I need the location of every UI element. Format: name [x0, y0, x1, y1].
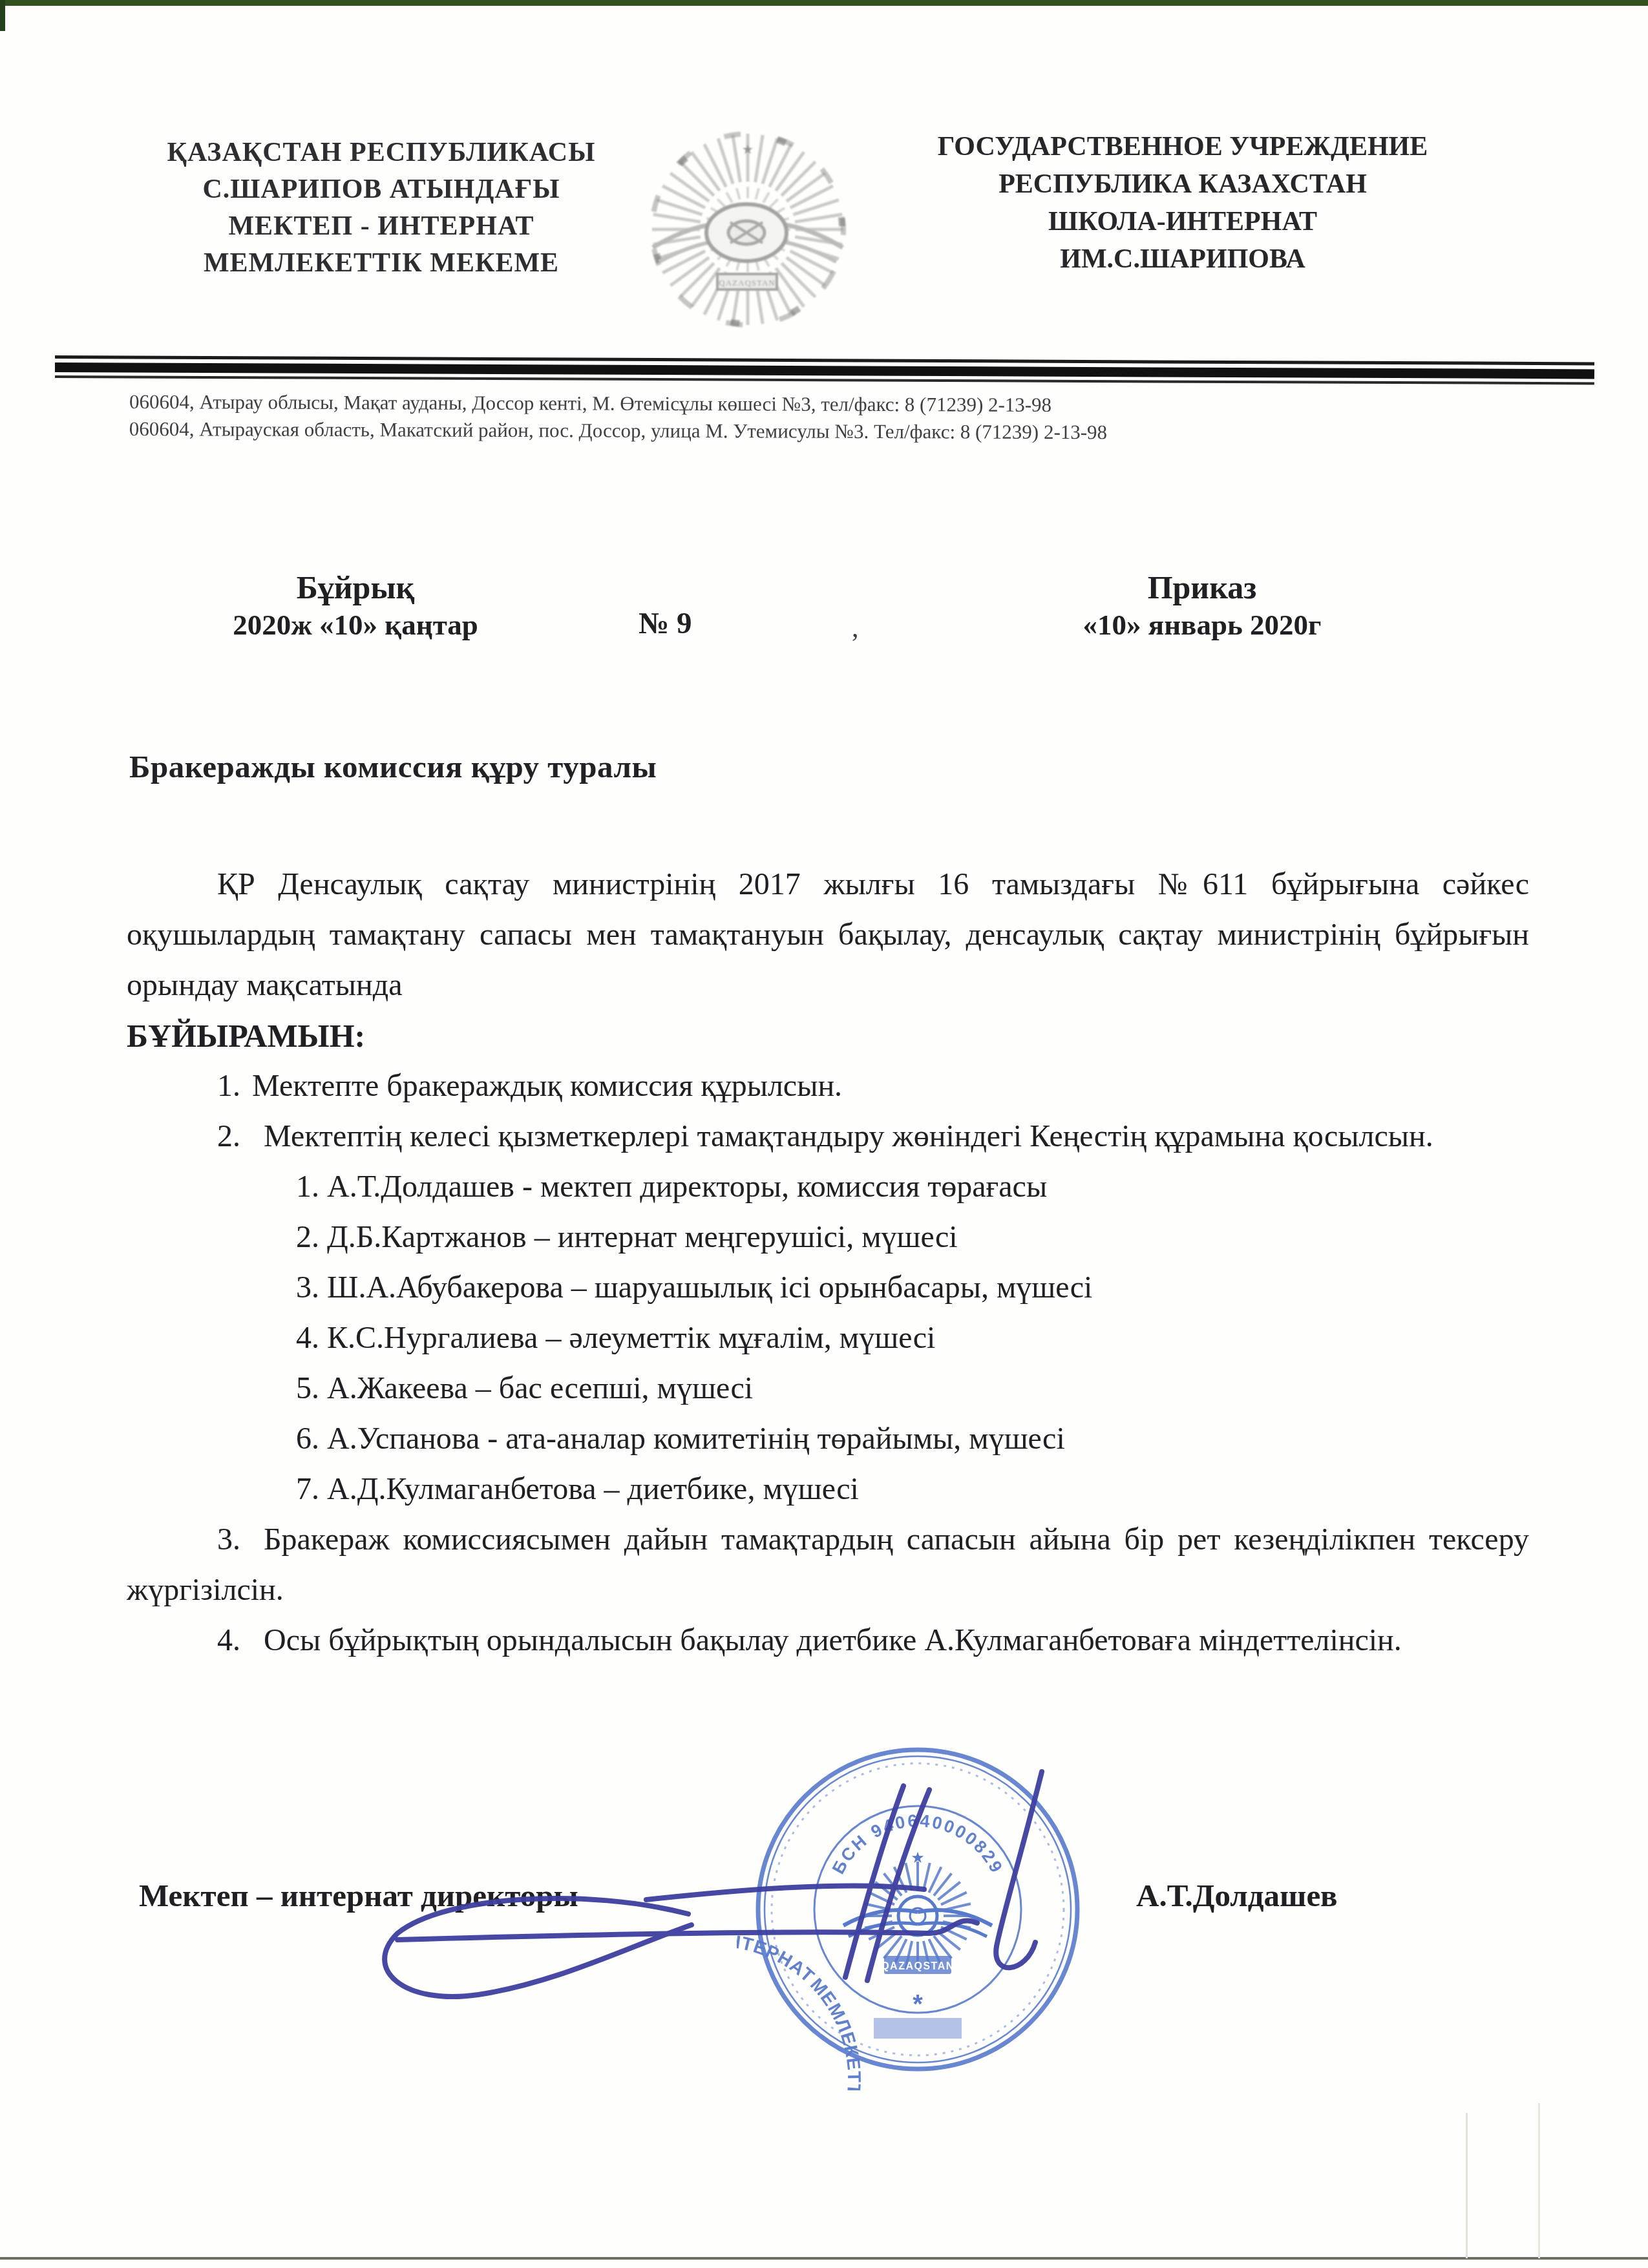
scanned-document-page: ҚАЗАҚСТАН РЕСПУБЛИКАСЫ С.ШАРИПОВ АТЫНДАҒ…: [0, 0, 1648, 2268]
org-name-line: ИМ.С.ШАРИПОВА: [860, 240, 1506, 278]
item-text: Мектептің келесі қызметкерлері тамақтанд…: [264, 1119, 1433, 1153]
scan-edge-top: [0, 0, 1648, 6]
member-item: 5. А.Жакеева – бас есепші, мүшесі: [296, 1363, 1529, 1414]
order-subject: Бракеражды комиссия құру туралы: [129, 748, 657, 785]
scan-edge-bottom: [0, 2257, 1648, 2260]
stray-mark: ,: [852, 613, 859, 644]
letterhead-russian: ГОСУДАРСТВЕННОЕ УЧРЕЖДЕНИЕ РЕСПУБЛИКА КА…: [860, 128, 1506, 278]
order-title-russian: Приказ: [950, 569, 1454, 606]
address-block: 060604, Атырау облысы, Мақат ауданы, Дос…: [129, 388, 1108, 446]
member-item: 6. А.Успанова - ата-аналар комитетінің т…: [296, 1414, 1529, 1464]
member-item: 4. К.С.Нургалиева – әлеуметтік мұғалім, …: [296, 1313, 1529, 1363]
org-name-line: РЕСПУБЛИКА КАЗАХСТАН: [860, 165, 1506, 203]
order-header-russian: Приказ «10» январь 2020г: [950, 569, 1454, 644]
emblem-banner-text: QAZAQSTAN: [719, 278, 775, 288]
order-item: 3.Бракераж комиссиясымен дайын тамақтард…: [127, 1515, 1529, 1615]
item-text: Бракераж комиссиясымен дайын тамақтардың…: [127, 1522, 1529, 1607]
item-number: 1.: [217, 1069, 240, 1103]
address-line-russian: 060604, Атырауская область, Макатский ра…: [129, 415, 1107, 446]
member-item: 2. Д.Б.Картжанов – интернат меңгерушісі,…: [296, 1212, 1529, 1263]
intro-paragraph: ҚР Денсаулық сақтау министрінің 2017 жыл…: [127, 859, 1529, 1011]
member-item: 1. А.Т.Долдашев - мектеп директоры, коми…: [296, 1162, 1529, 1212]
org-name-line: С.ШАРИПОВ АТЫНДАҒЫ: [110, 171, 653, 208]
order-header-kazakh: Бұйрық 2020ж «10» қаңтар: [90, 569, 620, 644]
letterhead-kazakh: ҚАЗАҚСТАН РЕСПУБЛИКАСЫ С.ШАРИПОВ АТЫНДАҒ…: [110, 134, 653, 282]
item-number: 3.: [217, 1522, 240, 1557]
paper-crease: [1538, 2103, 1540, 2258]
org-name-line: ҚАЗАҚСТАН РЕСПУБЛИКАСЫ: [110, 134, 653, 171]
handwritten-signature: [310, 1706, 1150, 2042]
address-line-kazakh: 060604, Атырау облысы, Мақат ауданы, Дос…: [129, 388, 1107, 419]
state-emblem-icon: ★ QAZAQSTAN: [633, 115, 863, 344]
member-item: 3. Ш.А.Абубакерова – шаруашылық ісі орын…: [296, 1263, 1529, 1313]
commission-members-list: 1. А.Т.Долдашев - мектеп директоры, коми…: [296, 1162, 1529, 1515]
order-word: БҰЙЫРАМЫН:: [127, 1011, 1529, 1061]
order-item: 4.Осы бұйрықтың орындалысын бақылау диет…: [127, 1615, 1529, 1666]
order-date-kazakh: 2020ж «10» қаңтар: [90, 606, 620, 644]
order-date-russian: «10» январь 2020г: [950, 606, 1454, 644]
scan-edge-corner: [0, 0, 5, 31]
order-title-kazakh: Бұйрық: [90, 569, 620, 606]
org-name-line: ГОСУДАРСТВЕННОЕ УЧРЕЖДЕНИЕ: [860, 128, 1506, 165]
org-name-line: ШКОЛА-ИНТЕРНАТ: [860, 203, 1506, 240]
item-number: 2.: [217, 1119, 240, 1153]
item-text: Мектепте бракераждық комиссия құрылсын.: [252, 1069, 842, 1103]
order-item: 1.Мектепте бракераждық комиссия құрылсын…: [127, 1061, 1529, 1111]
emblem-star-icon: ★: [742, 143, 754, 157]
item-text: Осы бұйрықтың орындалысын бақылау диетби…: [264, 1623, 1402, 1657]
order-item: 2.Мектептің келесі қызметкерлері тамақта…: [127, 1111, 1529, 1162]
divider-rule: [55, 355, 1594, 384]
signatory-name: А.Т.Долдашев: [1136, 1877, 1338, 1914]
org-name-line: МЕКТЕП - ИНТЕРНАТ: [110, 208, 653, 245]
order-body: ҚР Денсаулық сақтау министрінің 2017 жыл…: [127, 859, 1529, 1666]
member-item: 7. А.Д.Кулмаганбетова – диетбике, мүшесі: [296, 1464, 1529, 1515]
org-name-line: МЕМЛЕКЕТТІК МЕКЕМЕ: [110, 245, 653, 282]
order-number: № 9: [639, 606, 692, 641]
paper-crease: [1466, 2113, 1468, 2258]
item-number: 4.: [217, 1623, 240, 1657]
